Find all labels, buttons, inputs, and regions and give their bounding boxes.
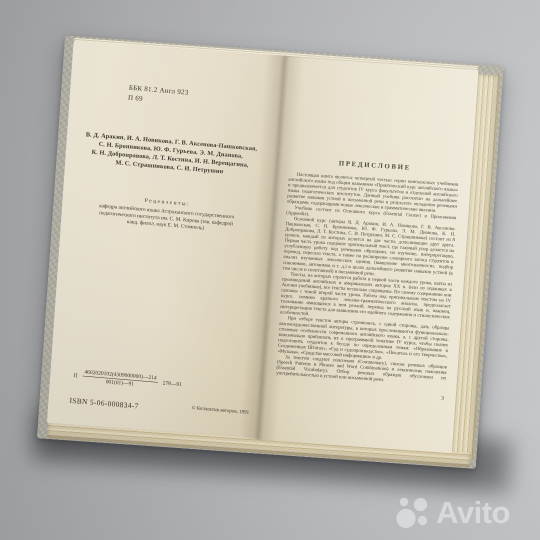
open-book: ББК 81.2 Англ 923 П 69 В. Д. Аракин, И. … — [37, 35, 504, 469]
preface-body: Настоящая книга является четвертой часть… — [264, 170, 472, 387]
print-code-order: 278—91 — [162, 380, 182, 388]
photo-background: ББК 81.2 Англ 923 П 69 В. Д. Аракин, И. … — [0, 0, 540, 540]
avito-logo-icon — [396, 496, 430, 530]
print-code-denominator: 001(01)—91 — [105, 378, 134, 387]
authors-block: В. Д. Аракин, И. А. Новикова, Г. В. Аксе… — [71, 129, 269, 179]
left-page: ББК 81.2 Англ 923 П 69 В. Д. Аракин, И. … — [47, 41, 284, 438]
print-code-letter: П — [73, 372, 77, 378]
preface-paragraph: Основной курс (авторы В. Д. Аракин, И. А… — [283, 215, 456, 281]
copyright-notice: © Коллектив авторов, 1991 — [192, 405, 250, 415]
print-code-block: П 4602020102(4309000000)—214 001(01)—91 … — [73, 368, 182, 392]
avito-watermark: Avito — [396, 496, 510, 530]
reviewers-block: Рецензенты: кафедра английского языка Ас… — [74, 192, 260, 237]
bbk-classification: ББК 81.2 Англ 923 П 69 — [128, 84, 189, 108]
print-code-fraction: 4602020102(4309000000)—214 001(01)—91 — [82, 369, 158, 390]
avito-wordmark: Avito — [436, 496, 510, 530]
right-page: ПРЕДИСЛОВИЕ Настоящая книга является чет… — [257, 57, 478, 454]
isbn: ISBN 5-06-000834-7 — [69, 397, 139, 411]
right-page-content: ПРЕДИСЛОВИЕ Настоящая книга является чет… — [260, 57, 479, 452]
left-page-content: ББК 81.2 Англ 923 П 69 В. Д. Аракин, И. … — [42, 41, 284, 440]
page-number: 3 — [263, 384, 458, 402]
